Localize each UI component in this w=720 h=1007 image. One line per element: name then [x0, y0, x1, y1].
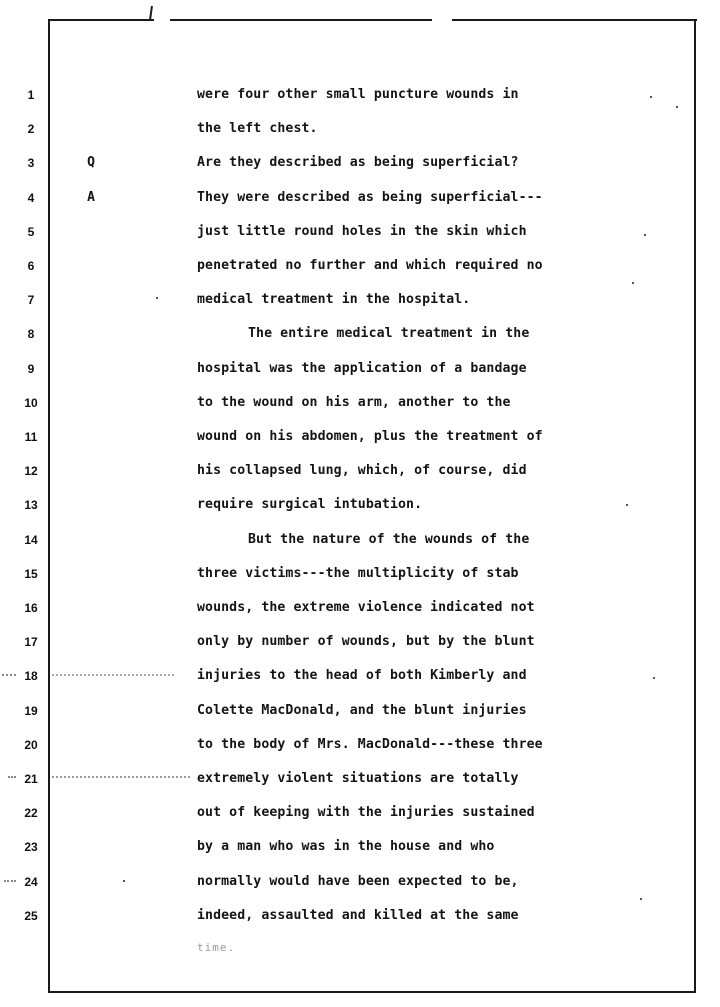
- line-number: 13: [18, 493, 44, 517]
- scan-speck: [156, 297, 158, 299]
- line-text: The entire medical treatment in the: [248, 322, 529, 346]
- transcript-line: 17only by number of wounds, but by the b…: [0, 630, 720, 654]
- scan-speck: [632, 282, 634, 284]
- line-text: just little round holes in the skin whic…: [197, 220, 527, 244]
- transcript-line: 8The entire medical treatment in the: [0, 322, 720, 346]
- scan-dotted-trail: [4, 880, 16, 884]
- line-number: 12: [18, 459, 44, 483]
- line-number: 15: [18, 562, 44, 586]
- transcript-line: 2the left chest.: [0, 117, 720, 141]
- transcript-line: 22out of keeping with the injuries susta…: [0, 801, 720, 825]
- line-number: 16: [18, 596, 44, 620]
- transcript-line: 23by a man who was in the house and who: [0, 835, 720, 859]
- transcript-line: 1were four other small puncture wounds i…: [0, 83, 720, 107]
- line-text: hospital was the application of a bandag…: [197, 357, 527, 381]
- scan-speck: [123, 880, 125, 882]
- line-number: 1: [18, 83, 44, 107]
- line-text: to the wound on his arm, another to the: [197, 391, 511, 415]
- transcript-line: 5just little round holes in the skin whi…: [0, 220, 720, 244]
- transcript-line: 9hospital was the application of a banda…: [0, 357, 720, 381]
- transcript-line: 4AThey were described as being superfici…: [0, 186, 720, 210]
- transcript-line: 13require surgical intubation.: [0, 493, 720, 517]
- line-text: penetrated no further and which required…: [197, 254, 543, 278]
- transcript-line: 24normally would have been expected to b…: [0, 870, 720, 894]
- line-number: 24: [18, 870, 44, 894]
- line-number: 25: [18, 904, 44, 928]
- scan-tick-mark: [149, 6, 153, 20]
- speaker-marker: Q: [84, 151, 98, 175]
- line-number: 22: [18, 801, 44, 825]
- line-text: wound on his abdomen, plus the treatment…: [197, 425, 543, 449]
- line-text: Colette MacDonald, and the blunt injurie…: [197, 699, 527, 723]
- top-border-segment: [48, 19, 154, 21]
- scan-speck: [653, 677, 655, 679]
- line-text: only by number of wounds, but by the blu…: [197, 630, 535, 654]
- scan-dotted-trail: [52, 674, 174, 678]
- transcript-line: 11wound on his abdomen, plus the treatme…: [0, 425, 720, 449]
- line-number: 14: [18, 528, 44, 552]
- transcript-line: 6penetrated no further and which require…: [0, 254, 720, 278]
- line-number: 6: [18, 254, 44, 278]
- line-number: 23: [18, 835, 44, 859]
- transcript-line: 3QAre they described as being superficia…: [0, 151, 720, 175]
- transcript-line: 20to the body of Mrs. MacDonald---these …: [0, 733, 720, 757]
- line-number: 19: [18, 699, 44, 723]
- scan-dotted-trail: [52, 776, 190, 780]
- scan-dotted-trail: [2, 674, 16, 678]
- transcript-line: 10to the wound on his arm, another to th…: [0, 391, 720, 415]
- transcript-line: 12his collapsed lung, which, of course, …: [0, 459, 720, 483]
- line-text: indeed, assaulted and killed at the same: [197, 904, 519, 928]
- line-number: 21: [18, 767, 44, 791]
- top-border-segment: [170, 19, 432, 21]
- scan-speck: [676, 106, 678, 108]
- line-number: 10: [18, 391, 44, 415]
- line-number: 3: [18, 151, 44, 175]
- line-number: 4: [18, 186, 44, 210]
- line-number: 18: [18, 664, 44, 688]
- transcript-line: 16wounds, the extreme violence indicated…: [0, 596, 720, 620]
- transcript-line: 25indeed, assaulted and killed at the sa…: [0, 904, 720, 928]
- line-number: 2: [18, 117, 44, 141]
- scan-speck: [650, 96, 652, 98]
- line-text: by a man who was in the house and who: [197, 835, 494, 859]
- scan-dotted-trail: [8, 776, 16, 780]
- top-border-segment: [452, 19, 697, 21]
- line-text: were four other small puncture wounds in: [197, 83, 519, 107]
- line-number: 20: [18, 733, 44, 757]
- line-number: 9: [18, 357, 44, 381]
- line-number: 7: [18, 288, 44, 312]
- scan-speck: [644, 234, 646, 236]
- line-text: out of keeping with the injuries sustain…: [197, 801, 535, 825]
- transcript-line: 15three victims---the multiplicity of st…: [0, 562, 720, 586]
- line-text: to the body of Mrs. MacDonald---these th…: [197, 733, 543, 757]
- line-number: 11: [18, 425, 44, 449]
- scan-speck: [626, 504, 628, 506]
- line-number: 5: [18, 220, 44, 244]
- line-number: 8: [18, 322, 44, 346]
- line-text: medical treatment in the hospital.: [197, 288, 470, 312]
- line-text: Are they described as being superficial?: [197, 151, 519, 175]
- transcript-line: 14But the nature of the wounds of the: [0, 528, 720, 552]
- trailing-faded-text: time.: [197, 938, 235, 958]
- line-text: normally would have been expected to be,: [197, 870, 519, 894]
- scan-speck: [640, 898, 642, 900]
- line-number: 17: [18, 630, 44, 654]
- line-text: the left chest.: [197, 117, 318, 141]
- line-text: his collapsed lung, which, of course, di…: [197, 459, 527, 483]
- transcript-line: 7medical treatment in the hospital.: [0, 288, 720, 312]
- line-text: But the nature of the wounds of the: [248, 528, 529, 552]
- line-text: three victims---the multiplicity of stab: [197, 562, 519, 586]
- transcript-line: 19Colette MacDonald, and the blunt injur…: [0, 699, 720, 723]
- line-text: wounds, the extreme violence indicated n…: [197, 596, 535, 620]
- speaker-marker: A: [84, 186, 98, 210]
- line-text: injuries to the head of both Kimberly an…: [197, 664, 527, 688]
- line-text: require surgical intubation.: [197, 493, 422, 517]
- line-text: They were described as being superficial…: [197, 186, 543, 210]
- line-text: extremely violent situations are totally: [197, 767, 519, 791]
